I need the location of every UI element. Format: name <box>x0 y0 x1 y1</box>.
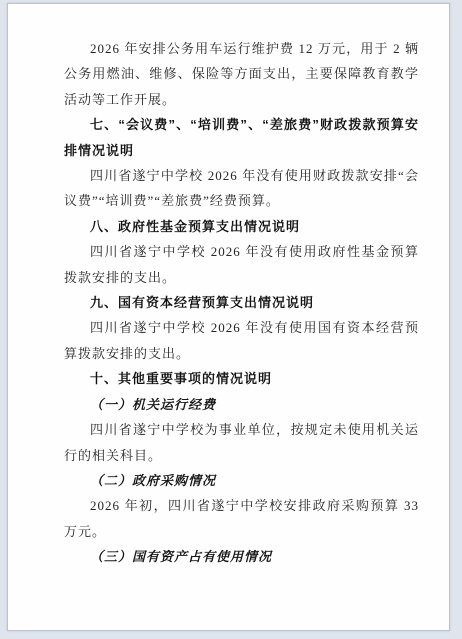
paragraph: 四川省遂宁中学校 2026 年没有使用财政拨款安排“会议费”“培训费”“差旅费”… <box>64 163 419 214</box>
paragraph: 2026 年初，四川省遂宁中学校安排政府采购预算 33 万元。 <box>64 493 419 544</box>
document-viewer: 2026 年安排公务用车运行维护费 12 万元，用于 2 辆公务用燃油、维修、保… <box>0 0 462 639</box>
sub-section-heading: （一）机关运行经费 <box>64 392 419 417</box>
section-heading: 九、国有资本经营预算支出情况说明 <box>64 290 419 315</box>
paragraph: 四川省遂宁中学校为事业单位，按规定未使用机关运行的相关科目。 <box>64 417 419 468</box>
paragraph: 四川省遂宁中学校 2026 年没有使用政府性基金预算拨款安排的支出。 <box>64 239 419 290</box>
document-page: 2026 年安排公务用车运行维护费 12 万元，用于 2 辆公务用燃油、维修、保… <box>7 3 450 631</box>
sub-section-heading: （二）政府采购情况 <box>64 468 419 493</box>
section-heading: 七、“会议费”、“培训费”、“差旅费”财政拨款预算安排情况说明 <box>64 112 419 163</box>
document-body: 2026 年安排公务用车运行维护费 12 万元，用于 2 辆公务用燃油、维修、保… <box>8 4 449 570</box>
section-heading: 十、其他重要事项的情况说明 <box>64 366 419 391</box>
section-heading: 八、政府性基金预算支出情况说明 <box>64 214 419 239</box>
paragraph: 四川省遂宁中学校 2026 年没有使用国有资本经营预算拨款安排的支出。 <box>64 315 419 366</box>
sub-section-heading: （三）国有资产占有使用情况 <box>64 544 419 569</box>
paragraph: 2026 年安排公务用车运行维护费 12 万元，用于 2 辆公务用燃油、维修、保… <box>64 36 419 112</box>
